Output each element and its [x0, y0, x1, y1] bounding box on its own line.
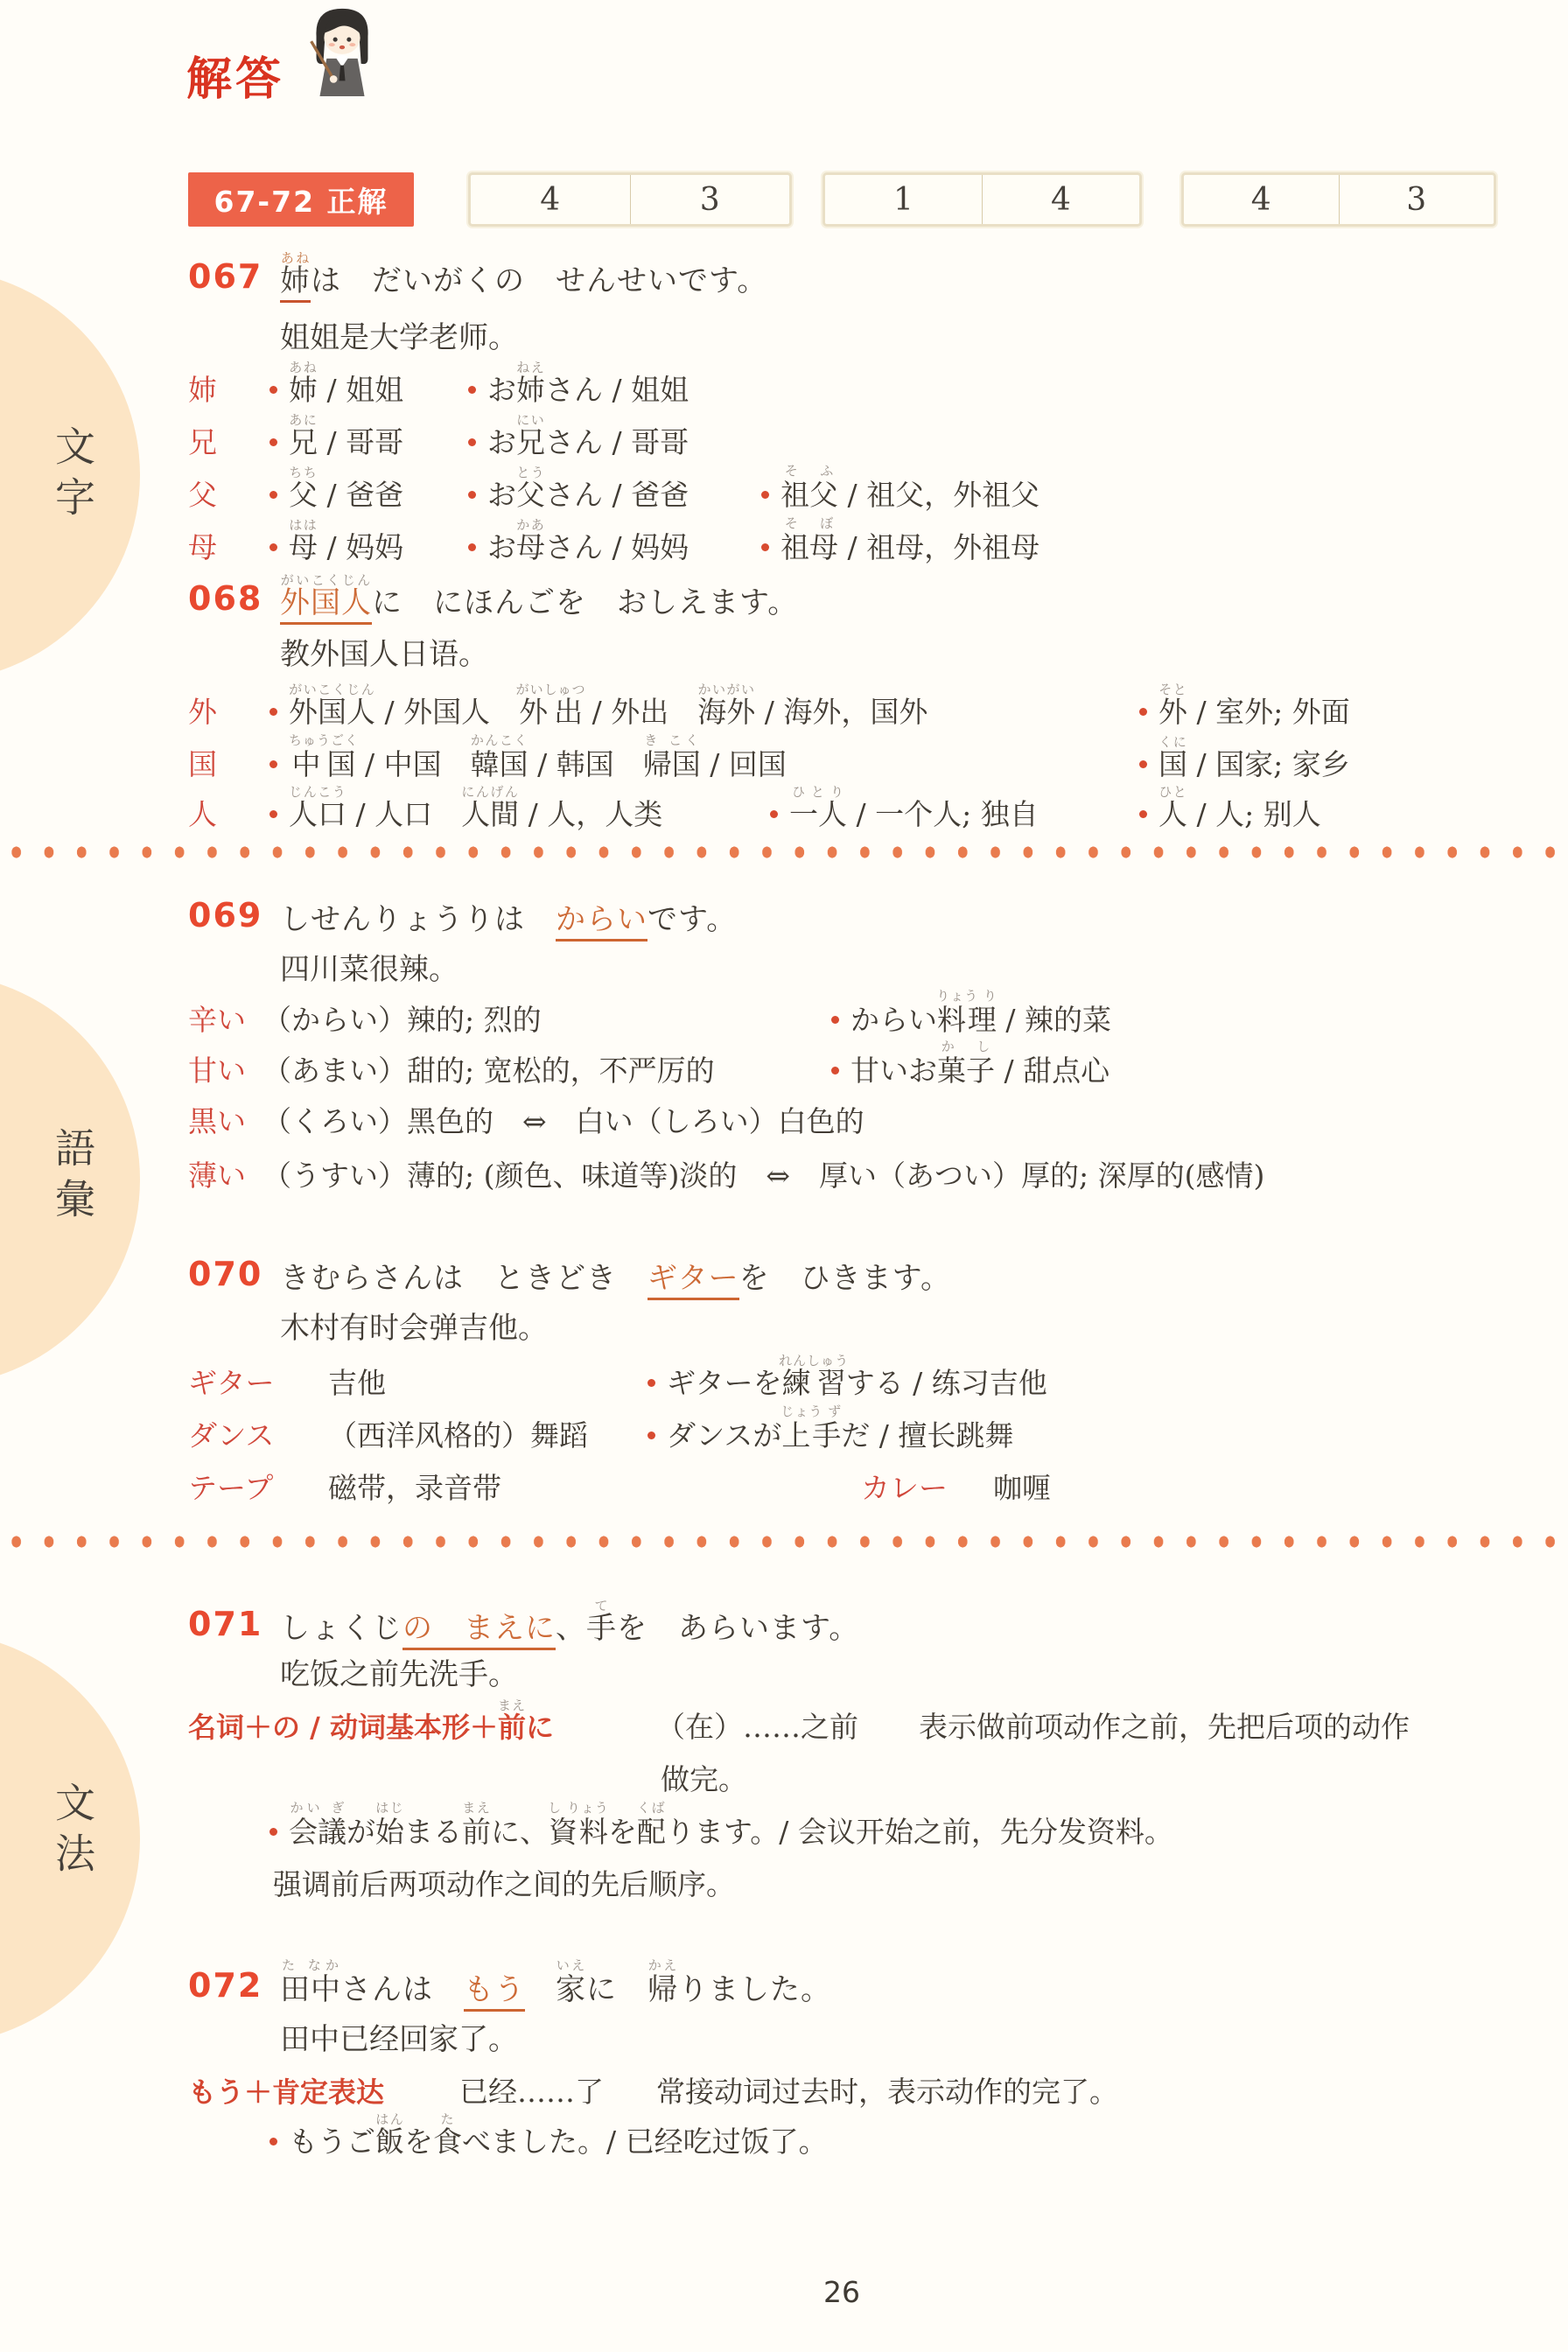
- answer-word: もう: [464, 1972, 525, 2012]
- text-line: 外外国人がいこくじん / 外国人 外出がいしゅつ / 外出 海外かいがい / 海…: [0, 689, 1568, 730]
- bullet-dot-icon: [269, 543, 277, 551]
- bullet-dot-icon: [269, 810, 277, 818]
- text-line: 会議かい ぎが始はじまる前まえに、資料し りょうを配くばります。/ 会议开始之前…: [0, 1809, 1568, 1850]
- text-seg: 外国人がいこくじん: [289, 695, 375, 729]
- vocab-headword: カレー: [861, 1472, 948, 1506]
- bullet-dot-icon: [468, 543, 476, 551]
- text-seg: 家いえ: [556, 1972, 586, 2007]
- bullet-dot-icon: [269, 708, 277, 716]
- text-seg: お: [487, 425, 516, 459]
- text-seg: まる: [404, 1815, 462, 1849]
- answer-word: の まえに: [402, 1611, 556, 1650]
- answer-word: 姉あね: [280, 263, 311, 303]
- text-seg: に、: [491, 1815, 549, 1849]
- translation: 教外国人日语。: [280, 637, 488, 672]
- text-seg: 名词＋の / 动词基本形＋: [188, 1711, 498, 1744]
- vocab-item: お母かあさん / 妈妈: [468, 517, 689, 565]
- text-seg: 人口じんこう: [289, 797, 346, 831]
- text-seg: 姉あね: [289, 373, 318, 407]
- bullet-dot-icon: [647, 1431, 655, 1439]
- bullet-dot-icon: [761, 491, 769, 499]
- vocab-item: 甘いお菓子か し / 甜点心: [831, 1039, 1109, 1088]
- text-line: 072田中た なかさんは もう 家いえに 帰かえりました。: [0, 1967, 1568, 2007]
- text-seg: / 外国人: [375, 695, 519, 729]
- vocab-item: 磁带，录音带: [328, 1472, 501, 1506]
- text-line: 强调前后两项动作之间的先后顺序。: [0, 1862, 1568, 1902]
- text-line: 四川菜很辣。: [0, 947, 1568, 987]
- vocab-item: 外国人がいこくじん / 外国人 外出がいしゅつ / 外出 海外かいがい / 海外…: [269, 682, 927, 730]
- text-seg: （うすい）薄的; (颜色、味道等)淡的 ⇔ 厚い（あつい）厚的; 深厚的(感情): [262, 1158, 1264, 1193]
- text-seg: もう＋肯定表达: [188, 2075, 384, 2109]
- vocab-item: 常接动词过去时，表示动作的完了。: [656, 2075, 1118, 2110]
- text-seg: 已经……了: [459, 2075, 604, 2109]
- text-seg: / 人; 别人: [1187, 797, 1321, 831]
- bullet-dot-icon: [269, 491, 277, 499]
- text-seg: 国くに: [1158, 747, 1187, 781]
- section-number: 068: [188, 579, 262, 618]
- text-seg: 飯はん: [375, 2124, 404, 2159]
- text-seg: / 辣的菜: [997, 1003, 1111, 1037]
- vocab-item: 姉あね / 姐姐: [269, 360, 403, 408]
- vocab-item: 做完。: [661, 1763, 747, 1797]
- text-seg: / 室外; 外面: [1187, 695, 1350, 729]
- text-seg: 韓国かんこく: [471, 747, 528, 781]
- text-seg: （からい）辣的; 烈的: [262, 1003, 542, 1037]
- text-seg: からい: [850, 1003, 937, 1037]
- vocab-item: （うすい）薄的; (颜色、味道等)淡的 ⇔ 厚い（あつい）厚的; 深厚的(感情): [262, 1159, 1264, 1193]
- text-seg: に: [526, 1711, 554, 1744]
- text-seg: 甘いお: [850, 1053, 937, 1088]
- vocab-headword: 薄い: [188, 1159, 246, 1193]
- text-line: 母母はは / 妈妈お母かあさん / 妈妈祖母そ ぼ / 祖母，外祖母: [0, 525, 1568, 565]
- text-seg: 人間にんげん: [461, 797, 519, 831]
- text-seg: 前まえ: [462, 1815, 491, 1849]
- vocab-item: （くろい）黑色的 ⇔ 白い（しろい）白色的: [262, 1105, 864, 1139]
- text-seg: お: [487, 478, 516, 512]
- vocab-headword: 国: [188, 748, 217, 782]
- text-seg: / 祖母，外祖母: [838, 530, 1039, 564]
- text-seg: / 人口: [346, 797, 461, 831]
- text-seg: が: [346, 1815, 375, 1849]
- text-line: もうご飯はんを食たべました。/ 已经吃过饭了。: [0, 2119, 1568, 2159]
- text-seg: お: [487, 530, 516, 564]
- vocab-item: 已经……了: [459, 2075, 604, 2110]
- text-seg: 父ちち: [289, 478, 318, 512]
- vocab-headword: 辛い: [188, 1004, 246, 1038]
- text-line: 吃饭之前先洗手。: [0, 1652, 1568, 1692]
- vocab-headword: ダンス: [188, 1419, 274, 1453]
- text-seg: 会議かい ぎ: [289, 1815, 346, 1849]
- text-seg: / 中国: [356, 747, 471, 781]
- text-seg: べました。/ 已经吃过饭了。: [462, 2124, 828, 2159]
- answer-cell: 1: [825, 175, 982, 224]
- bullet-dot-icon: [269, 2138, 277, 2145]
- vocab-item: お姉ねえさん / 姐姐: [468, 360, 689, 408]
- text-seg: 表示做前项动作之前，先把后项的动作: [919, 1710, 1410, 1744]
- page-title: 解答: [186, 42, 284, 108]
- text-seg: 祖父そ ふ: [780, 478, 838, 512]
- text-line: ダンス（西洋风格的）舞蹈ダンスが上手じょう ずだ / 擅长跳舞: [0, 1413, 1568, 1453]
- text-line: 067姉あねは だいがくの せんせいです。: [0, 258, 1568, 298]
- text-line: 教外国人日语。: [0, 632, 1568, 672]
- page-number: 26: [823, 2275, 860, 2309]
- text-line: 辛い（からい）辣的; 烈的からい料理りょう り / 辣的菜: [0, 997, 1568, 1038]
- vocab-item: （あまい）甜的; 宽松的，不严厉的: [262, 1054, 715, 1088]
- section-number: 069: [188, 896, 262, 934]
- bullet-dot-icon: [468, 386, 476, 394]
- vocab-headword: 父: [188, 479, 217, 513]
- vocab-item: からい料理りょう り / 辣的菜: [831, 988, 1111, 1038]
- text-seg: 手て: [586, 1611, 617, 1646]
- text-seg: 資料し りょう: [549, 1815, 608, 1849]
- text-seg: / 人，人类: [519, 797, 662, 831]
- bullet-dot-icon: [1139, 760, 1147, 768]
- bullet-dot-icon: [269, 1828, 277, 1836]
- vocab-item: 表示做前项动作之前，先把后项的动作: [919, 1711, 1410, 1745]
- text-seg: する / 练习吉他: [846, 1366, 1047, 1400]
- text-seg: を: [608, 1815, 637, 1849]
- vocab-item: 人口じんこう / 人口 人間にんげん / 人，人类: [269, 784, 662, 832]
- section-number: 071: [188, 1605, 262, 1643]
- question-sentence: しせんりょうりは からいです。: [280, 902, 737, 937]
- text-seg: ダンスが: [667, 1418, 781, 1452]
- bullet-dot-icon: [1139, 810, 1147, 818]
- text-seg: 帰国き こく: [643, 747, 701, 781]
- text-seg: 前まえ: [498, 1711, 526, 1744]
- text-seg: 上手じょう ず: [781, 1418, 841, 1452]
- vocab-headword: 兄: [188, 426, 217, 460]
- text-line: 黒い（くろい）黑色的 ⇔ 白い（しろい）白色的: [0, 1099, 1568, 1139]
- text-seg: （在）……之前: [656, 1710, 858, 1744]
- question-sentence: 姉あねは だいがくの せんせいです。: [280, 250, 767, 298]
- vocab-item: 国くに / 国家; 家乡: [1139, 734, 1350, 782]
- vocab-item: 会議かい ぎが始はじまる前まえに、資料し りょうを配くばります。/ 会议开始之前…: [269, 1800, 1173, 1850]
- section-number: 070: [188, 1255, 262, 1293]
- vocab-item: 母はは / 妈妈: [269, 517, 403, 565]
- text-seg: りました。: [678, 1972, 831, 2007]
- answer-word: からい: [556, 902, 647, 941]
- text-seg: / 哥哥: [318, 425, 403, 459]
- bullet-dot-icon: [647, 1379, 655, 1387]
- dotted-separator: [0, 1535, 1568, 1549]
- vocab-item: 中国ちゅうごく / 中国 韓国かんこく / 韩国 帰国き こく / 回国: [269, 732, 787, 782]
- question-sentence: きむらさんは ときどき ギターを ひきます。: [280, 1261, 951, 1296]
- text-seg: お: [487, 373, 516, 407]
- text-seg: 常接动词过去时，表示动作的完了。: [656, 2075, 1118, 2109]
- text-seg: / 爸爸: [318, 478, 403, 512]
- text-seg: 始はじ: [375, 1815, 404, 1849]
- bullet-dot-icon: [269, 760, 277, 768]
- translation: 木村有时会弹吉他。: [280, 1311, 548, 1346]
- text-seg: 母はは: [289, 530, 318, 564]
- vocab-item: （西洋风格的）舞蹈: [328, 1419, 588, 1453]
- bullet-dot-icon: [468, 491, 476, 499]
- text-line: 父父ちち / 爸爸お父とうさん / 爸爸祖父そ ふ / 祖父，外祖父: [0, 472, 1568, 513]
- answer-box-group: 43: [1181, 172, 1496, 227]
- bullet-dot-icon: [831, 1067, 839, 1074]
- answer-box-group: 43: [468, 172, 792, 227]
- text-seg: ります。/ 会议开始之前，先分发资料。: [666, 1815, 1173, 1849]
- bullet-dot-icon: [269, 438, 277, 446]
- text-line: 071しょくじの まえに、手てを あらいます。: [0, 1606, 1568, 1646]
- vocab-headword: 黒い: [188, 1105, 246, 1139]
- answer-cell: 3: [630, 175, 790, 224]
- text-seg: / 祖父，外祖父: [838, 478, 1039, 512]
- translation: 四川菜很辣。: [280, 952, 458, 987]
- bullet-dot-icon: [269, 386, 277, 394]
- text-seg: / 韩国: [528, 747, 643, 781]
- text-seg: 海外かいがい: [697, 695, 755, 729]
- text-seg: 田中た なか: [280, 1972, 341, 2007]
- text-seg: 祖母そ ぼ: [780, 530, 838, 564]
- text-line: 068外国人がいこくじんに にほんごを おしえます。: [0, 580, 1568, 620]
- vocab-headword: 人: [188, 798, 217, 832]
- text-line: 国中国ちゅうごく / 中国 韓国かんこく / 韩国 帰国き こく / 回国国くに…: [0, 742, 1568, 782]
- vocab-headword: 姉: [188, 374, 217, 408]
- vocab-item: 一人ひとり / 一个人; 独自: [770, 784, 1039, 832]
- vocab-item: お兄にいさん / 哥哥: [468, 412, 689, 460]
- text-seg: さん / 姐姐: [545, 373, 689, 407]
- question-sentence: 外国人がいこくじんに にほんごを おしえます。: [280, 572, 798, 620]
- text-seg: / 一个人; 独自: [847, 797, 1039, 831]
- text-seg: しょくじ: [280, 1611, 402, 1646]
- section-number: 072: [188, 1966, 262, 2005]
- text-seg: 菓子か し: [937, 1053, 995, 1088]
- text-seg: 磁带，录音带: [328, 1471, 501, 1505]
- vocab-item: もうご飯はんを食たべました。/ 已经吃过饭了。: [269, 2111, 828, 2159]
- vocab-headword: ギター: [188, 1367, 275, 1401]
- text-seg: 一人ひとり: [789, 797, 847, 831]
- text-seg: に: [586, 1972, 647, 2007]
- text-line: 做完。: [0, 1757, 1568, 1797]
- vocab-item: 祖父そ ふ / 祖父，外祖父: [761, 463, 1039, 513]
- text-seg: 、: [556, 1611, 586, 1646]
- text-seg: に にほんごを おしえます。: [372, 585, 798, 620]
- text-seg: 做完。: [661, 1762, 747, 1796]
- vocab-headword: テープ: [188, 1472, 273, 1506]
- bullet-dot-icon: [761, 543, 769, 551]
- text-seg: （あまい）甜的; 宽松的，不严厉的: [262, 1053, 715, 1088]
- vocab-headword: 甘い: [188, 1054, 246, 1088]
- vocab-headword: 外: [188, 696, 217, 730]
- bullet-dot-icon: [1139, 708, 1147, 716]
- text-seg: / 回国: [701, 747, 787, 781]
- text-line: 070きむらさんは ときどき ギターを ひきます。: [0, 1256, 1568, 1296]
- text-seg: きむらさんは ときどき: [280, 1261, 647, 1296]
- text-seg: 外そと: [1158, 695, 1187, 729]
- grammar-pattern: もう＋肯定表达: [188, 2076, 384, 2110]
- vocab-item: 咖喱: [993, 1472, 1051, 1506]
- text-seg: [525, 1972, 556, 2007]
- text-seg: さん / 妈妈: [545, 530, 689, 564]
- vocab-item: 强调前后两项动作之间的先后顺序。: [273, 1868, 735, 1902]
- text-seg: 咖喱: [993, 1471, 1051, 1505]
- text-seg: さんは: [341, 1972, 464, 2007]
- answer-cell: 4: [982, 175, 1139, 224]
- vocab-item: 祖母そ ぼ / 祖母，外祖母: [761, 515, 1039, 565]
- text-seg: / 海外，国外: [755, 695, 927, 729]
- text-seg: 人ひと: [1158, 797, 1187, 831]
- text-seg: 强调前后两项动作之间的先后顺序。: [273, 1867, 735, 1901]
- text-line: 薄い（うすい）薄的; (颜色、味道等)淡的 ⇔ 厚い（あつい）厚的; 深厚的(感…: [0, 1153, 1568, 1193]
- answer-page: 文字語彙文法 解答 67-72 正解 431443 067姉あねは だいがくの …: [0, 0, 1568, 2352]
- text-seg: もうご: [289, 2124, 375, 2159]
- text-seg: を ひきます。: [739, 1261, 951, 1296]
- answer-word: 外国人がいこくじん: [280, 585, 372, 625]
- bullet-dot-icon: [770, 810, 778, 818]
- text-seg: 外出がいしゅつ: [519, 695, 583, 729]
- text-line: 人人口じんこう / 人口 人間にんげん / 人，人类一人ひとり / 一个人; 独…: [0, 792, 1568, 832]
- text-seg: 兄あに: [289, 425, 318, 459]
- text-seg: 父とう: [516, 478, 545, 512]
- text-line: 田中已经回家了。: [0, 2017, 1568, 2057]
- teacher-illustration: [290, 2, 394, 101]
- vocab-headword: 母: [188, 531, 217, 565]
- text-seg: 吉他: [328, 1366, 386, 1400]
- text-line: 兄兄あに / 哥哥お兄にいさん / 哥哥: [0, 420, 1568, 460]
- text-seg: さん / 爸爸: [545, 478, 689, 512]
- text-seg: 練習れんしゅう: [782, 1366, 846, 1400]
- text-seg: 料理りょう り: [937, 1003, 997, 1037]
- vocab-item: 外そと / 室外; 外面: [1139, 682, 1350, 730]
- text-line: テープ磁带，录音带カレー咖喱: [0, 1466, 1568, 1506]
- text-seg: / 妈妈: [318, 530, 403, 564]
- text-seg: / 国家; 家乡: [1187, 747, 1350, 781]
- answer-box-group: 14: [822, 172, 1142, 227]
- vocab-item: ダンスが上手じょう ずだ / 擅长跳舞: [647, 1403, 1013, 1453]
- text-seg: ギターを: [667, 1366, 782, 1400]
- text-seg: 帰かえ: [647, 1972, 678, 2007]
- vocab-item: 人ひと / 人; 别人: [1139, 784, 1321, 832]
- vocab-item: 吉他: [328, 1367, 386, 1401]
- vocab-item: （在）……之前: [656, 1711, 858, 1745]
- translation: 姐姐是大学老师。: [280, 320, 518, 355]
- text-line: 姐姐是大学老师。: [0, 315, 1568, 355]
- bullet-dot-icon: [831, 1016, 839, 1024]
- text-seg: を: [404, 2124, 433, 2159]
- text-line: もう＋肯定表达已经……了常接动词过去时，表示动作的完了。: [0, 2069, 1568, 2110]
- vocab-item: 父ちち / 爸爸: [269, 465, 403, 513]
- text-seg: 姉ねえ: [516, 373, 545, 407]
- answer-cell: 4: [1184, 175, 1339, 224]
- text-line: 甘い（あまい）甜的; 宽松的，不严厉的甘いお菓子か し / 甜点心: [0, 1048, 1568, 1088]
- text-seg: 食た: [433, 2124, 462, 2159]
- text-seg: （西洋风格的）舞蹈: [328, 1418, 588, 1452]
- text-seg: / 甜点心: [995, 1053, 1109, 1088]
- text-seg: しせんりょうりは: [280, 902, 556, 937]
- question-sentence: 田中た なかさんは もう 家いえに 帰かえりました。: [280, 1957, 831, 2007]
- text-line: 木村有时会弹吉他。: [0, 1305, 1568, 1346]
- text-seg: を あらいます。: [617, 1611, 859, 1646]
- text-line: 名词＋の / 动词基本形＋前まえに（在）……之前表示做前项动作之前，先把后项的动…: [0, 1704, 1568, 1745]
- bullet-dot-icon: [468, 438, 476, 446]
- text-seg: です。: [647, 902, 737, 937]
- text-line: ギター吉他ギターを練習れんしゅうする / 练习吉他: [0, 1361, 1568, 1401]
- answer-word: ギター: [647, 1261, 739, 1300]
- vocab-item: 兄あに / 哥哥: [269, 412, 403, 460]
- text-seg: 兄にい: [516, 425, 545, 459]
- answer-cell: 4: [471, 175, 630, 224]
- teacher-icon: [290, 2, 394, 98]
- text-seg: 母かあ: [516, 530, 545, 564]
- answer-range-label: 67-72 正解: [188, 172, 414, 227]
- text-seg: 配くば: [637, 1815, 666, 1849]
- section-number: 067: [188, 257, 262, 296]
- text-seg: は だいがくの せんせいです。: [311, 263, 767, 298]
- question-sentence: しょくじの まえに、手てを あらいます。: [280, 1598, 859, 1646]
- vocab-item: お父とうさん / 爸爸: [468, 465, 689, 513]
- answer-cell: 3: [1339, 175, 1494, 224]
- text-seg: さん / 哥哥: [545, 425, 689, 459]
- translation: 田中已经回家了。: [280, 2022, 518, 2057]
- text-seg: だ / 擅长跳舞: [841, 1418, 1013, 1452]
- dotted-separator: [0, 845, 1568, 859]
- grammar-pattern: 名词＋の / 动词基本形＋前まえに: [188, 1697, 554, 1745]
- text-line: 姉姉あね / 姐姐お姉ねえさん / 姐姐: [0, 367, 1568, 408]
- text-line: 069しせんりょうりは からいです。: [0, 897, 1568, 937]
- vocab-item: ギターを練習れんしゅうする / 练习吉他: [647, 1353, 1047, 1401]
- translation: 吃饭之前先洗手。: [280, 1657, 518, 1692]
- text-seg: 中国ちゅうごく: [289, 747, 356, 781]
- text-seg: / 外出: [583, 695, 697, 729]
- text-seg: （くろい）黑色的 ⇔ 白い（しろい）白色的: [262, 1104, 864, 1138]
- text-seg: / 姐姐: [318, 373, 403, 407]
- vocab-item: （からい）辣的; 烈的: [262, 1004, 542, 1038]
